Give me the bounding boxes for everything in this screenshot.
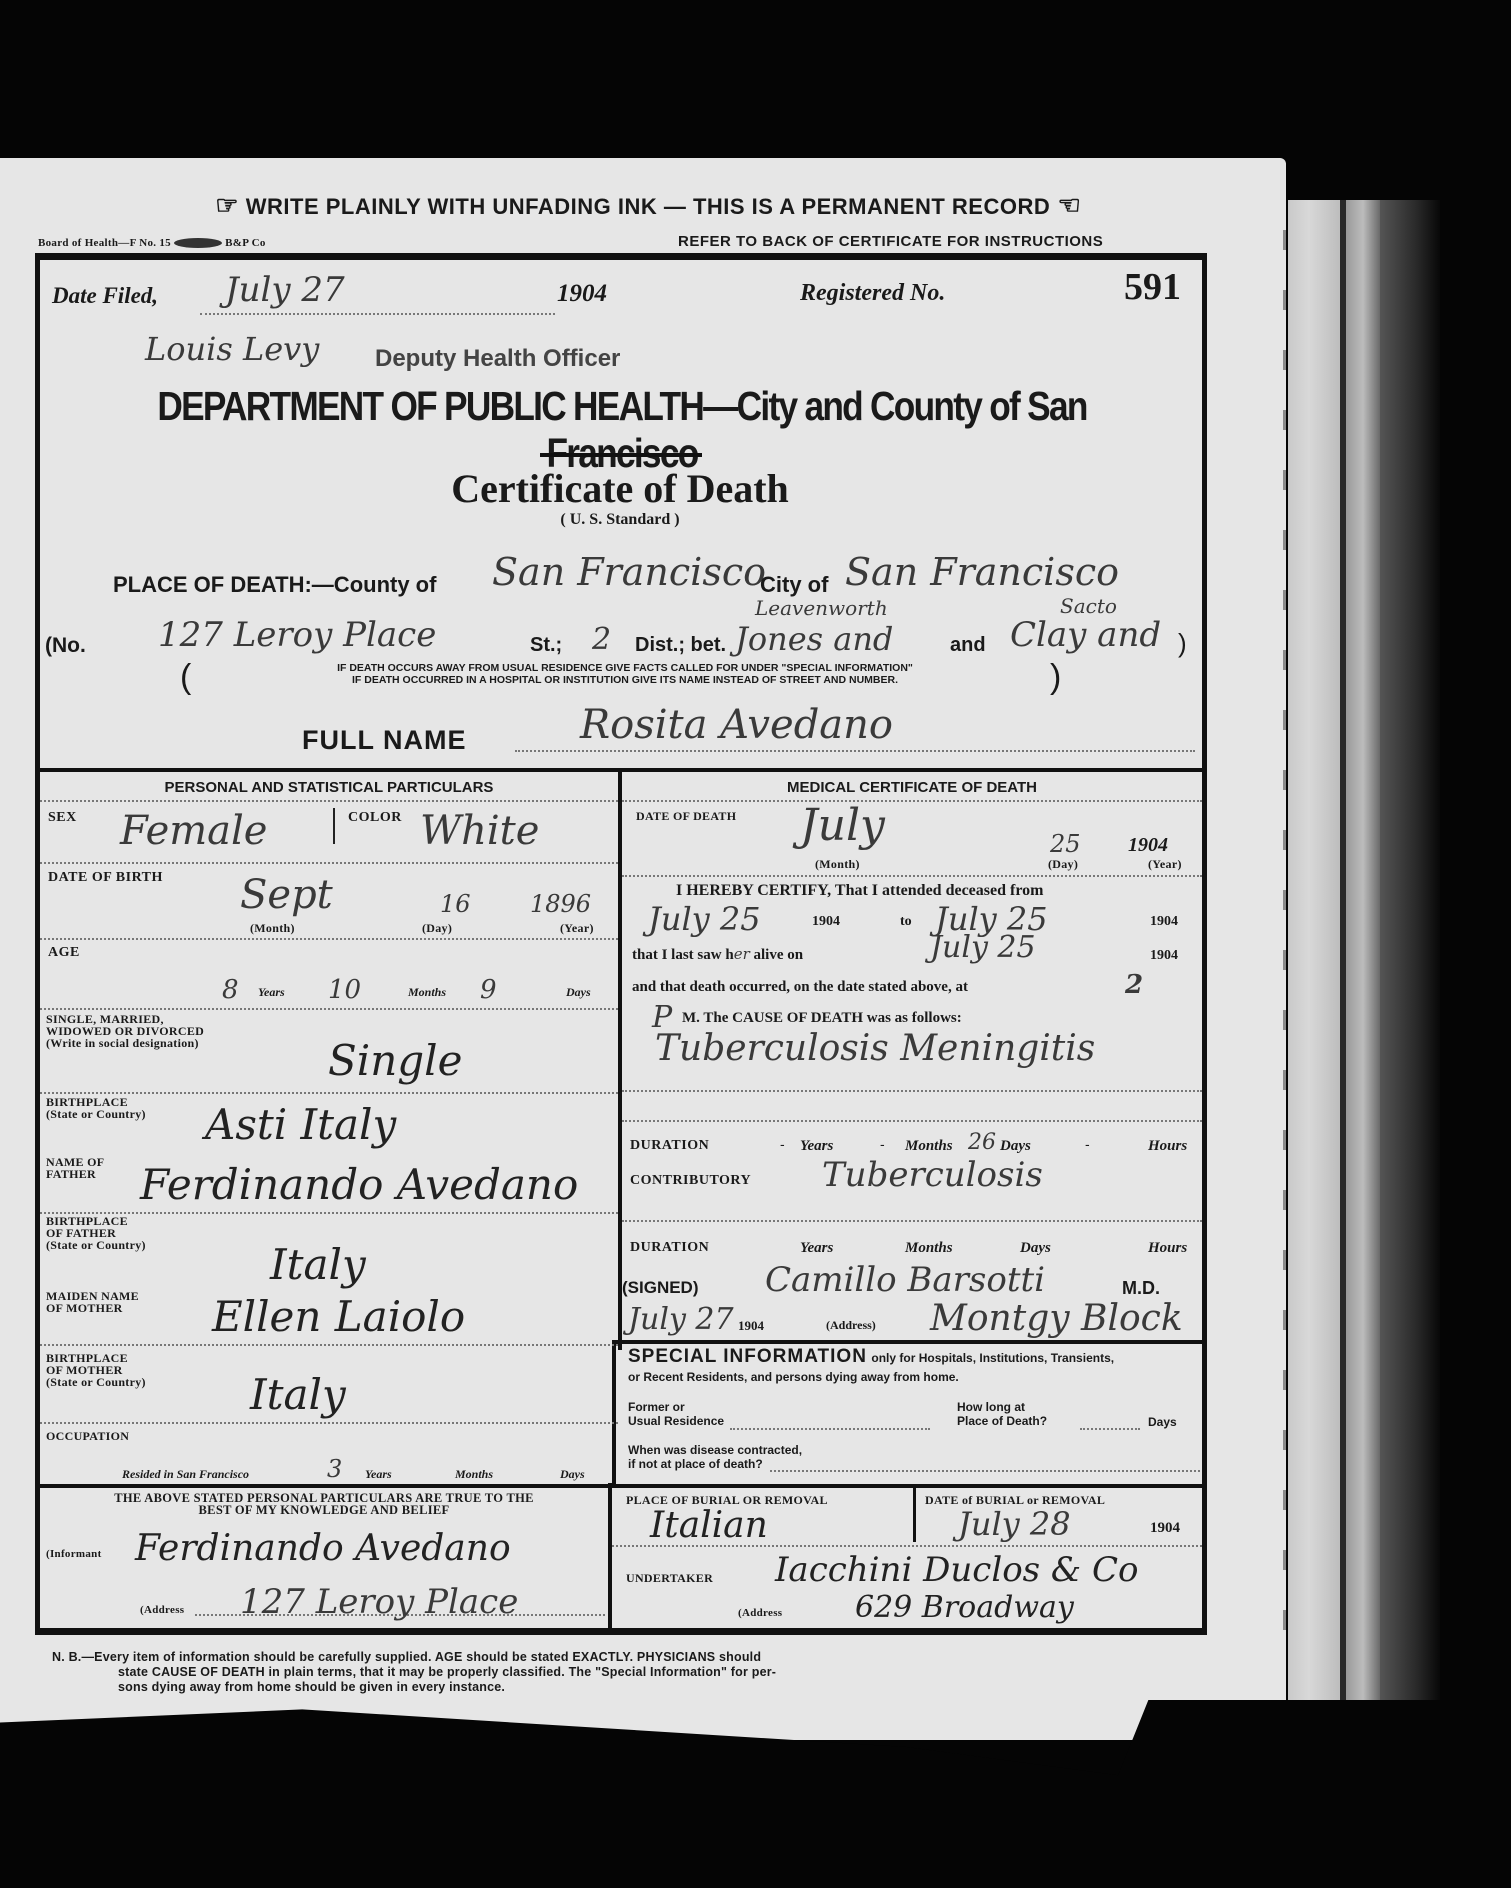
street-no-label: (No. (45, 634, 86, 658)
rule (622, 1120, 1202, 1122)
informant-address: 127 Leroy Place (240, 1582, 518, 1622)
place-note-line-2: IF DEATH OCCURRED IN A HOSPITAL OR INSTI… (200, 674, 1050, 686)
full-name-label: FULL NAME (302, 725, 467, 756)
special-heading-text: SPECIAL INFORMATION (628, 1346, 867, 1367)
cause-value: Tuberculosis Meningitis (655, 1028, 1095, 1069)
age-months: 10 (328, 975, 361, 1005)
informant-rule (40, 1484, 610, 1488)
father-birthplace-label: BIRTHPLACE OF FATHER (State or Country) (46, 1215, 146, 1251)
sex-color-divider (333, 808, 335, 844)
banner: ☞ WRITE PLAINLY WITH UNFADING INK — THIS… (118, 190, 1178, 221)
contracted-label-2: if not at place of death? (628, 1457, 802, 1471)
dod-year: 1904 (1128, 834, 1168, 857)
column-divider-upper (618, 770, 622, 1350)
last-saw-label: that I last saw her alive on (632, 945, 803, 964)
dur2-hours-caption: Hours (1148, 1240, 1187, 1257)
full-name-line (515, 750, 1195, 752)
place-of-death-label: PLACE OF DEATH:—County of (113, 572, 436, 598)
city-label: City of (760, 572, 828, 598)
age-label: AGE (48, 945, 80, 961)
contributory-value: Tuberculosis (822, 1155, 1043, 1195)
father-birthplace-value: Italy (270, 1240, 366, 1289)
cause-text: M. The CAUSE OF DEATH was as follows: (682, 1010, 962, 1027)
special-subtext-2: or Recent Residents, and persons dying a… (628, 1370, 959, 1384)
resided-years: 3 (327, 1455, 342, 1483)
father-bp-label-3: (State or Country) (46, 1239, 146, 1251)
district-value: 2 (592, 622, 611, 657)
burial-place: Italian (650, 1505, 768, 1546)
between-street-1: Jones and (735, 620, 893, 658)
signed-label: (SIGNED) (622, 1278, 699, 1298)
banner-text: WRITE PLAINLY WITH UNFADING INK — THIS I… (246, 194, 1051, 219)
rule (622, 1090, 1202, 1092)
contributory-label: CONTRIBUTORY (630, 1173, 751, 1189)
birthplace-label: BIRTHPLACE (State or Country) (46, 1096, 146, 1120)
dur2-years-caption: Years (800, 1240, 833, 1257)
book-next-page-edge (1288, 200, 1340, 1700)
registered-number: 591 (1124, 265, 1181, 309)
street-address: 127 Leroy Place (158, 615, 436, 655)
footnote-line-1: N. B.—Every item of information should b… (52, 1650, 1112, 1665)
days-label: Days (1148, 1415, 1177, 1429)
color-value: White (420, 808, 539, 854)
marital-value: Single (328, 1036, 462, 1085)
special-info-heading: SPECIAL INFORMATION only for Hospitals, … (628, 1346, 1203, 1368)
pointing-hand-icon: ☞ (215, 190, 239, 220)
informant-label: (Informant (46, 1548, 102, 1560)
age-days: 9 (480, 975, 497, 1005)
footnote-line-2: state CAUSE OF DEATH in plain terms, tha… (52, 1665, 1112, 1680)
signed-year: 1904 (738, 1318, 764, 1334)
attended-from: July 25 (648, 900, 761, 938)
informant-name: Ferdinando Avedano (135, 1528, 511, 1569)
dod-label: DATE OF DEATH (636, 810, 736, 822)
marital-label: SINGLE, MARRIED, WIDOWED OR DIVORCED (Wr… (46, 1013, 204, 1049)
year-caption: (Year) (560, 922, 594, 934)
registered-label: Registered No. (800, 280, 945, 307)
county-value: San Francisco (492, 550, 766, 594)
binding-perforation (1283, 230, 1286, 1630)
color-label: COLOR (348, 810, 402, 826)
dur2-months-caption: Months (905, 1240, 953, 1257)
rule (40, 1092, 618, 1094)
dod-day: 25 (1050, 830, 1081, 858)
dod-month-caption: (Month) (815, 858, 860, 870)
duration-label-1: DURATION (630, 1138, 709, 1154)
date-filed-value: July 27 (225, 270, 345, 310)
dur1-years-caption: Years (800, 1138, 833, 1155)
full-name-value: Rosita Avedano (580, 702, 893, 748)
dod-month: July (800, 800, 885, 851)
last-saw-year: 1904 (1150, 948, 1178, 964)
signed-date: July 27 (628, 1302, 734, 1337)
occupation-label: OCCUPATION (46, 1430, 129, 1442)
pointing-hand-icon: ☞ (1057, 190, 1081, 221)
officer-title: Deputy Health Officer (375, 345, 620, 373)
dob-year: 1896 (530, 890, 591, 918)
duration-label-2: DURATION (630, 1240, 709, 1256)
column-divider-lower (608, 1483, 612, 1633)
age-years: 8 (222, 975, 239, 1005)
age-months-caption: Months (408, 985, 446, 1000)
special-rule (612, 1340, 1204, 1344)
mother-bp-label-3: (State or Country) (46, 1376, 146, 1388)
department-title: DEPARTMENT OF PUBLIC HEALTH—City and Cou… (149, 383, 1095, 477)
printer-text: B&P Co (225, 237, 266, 249)
place-note: IF DEATH OCCURS AWAY FROM USUAL RESIDENC… (200, 662, 1050, 686)
dur1-months-caption: Months (905, 1138, 953, 1155)
former-label-1: Former or (628, 1400, 724, 1414)
contracted-field[interactable] (770, 1470, 1200, 1472)
dur1-days: 26 (968, 1130, 996, 1155)
burial-date: July 28 (958, 1505, 1071, 1543)
certify-text: I HEREBY CERTIFY, That I attended deceas… (676, 882, 1043, 900)
undertaker-address-label: (Address (738, 1607, 782, 1619)
sex-value: Female (120, 808, 267, 854)
medical-heading: MEDICAL CERTIFICATE OF DEATH (622, 779, 1202, 796)
date-filed-year: 1904 (557, 280, 607, 308)
rule (40, 1344, 618, 1346)
how-long-field[interactable] (1080, 1428, 1140, 1430)
undertaker-value: Iacchini Duclos & Co (775, 1550, 1139, 1590)
former-label-2: Usual Residence (628, 1414, 724, 1428)
burial-rule (612, 1484, 1204, 1488)
instructions-note: REFER TO BACK OF CERTIFICATE FOR INSTRUC… (678, 233, 1103, 250)
footnote: N. B.—Every item of information should b… (52, 1650, 1112, 1695)
birthplace-value: Asti Italy (205, 1100, 396, 1149)
informant-address-label: (Address (140, 1604, 184, 1616)
dob-month: Sept (240, 872, 333, 918)
rule (622, 800, 1202, 802)
physician-address-label: (Address) (826, 1318, 876, 1333)
book-page-edge (1346, 200, 1380, 1700)
month-caption: (Month) (250, 922, 295, 934)
how-long-label: How long at Place of Death? (957, 1400, 1047, 1428)
special-subtext-1: only for Hospitals, Institutions, Transi… (871, 1351, 1114, 1365)
dur1-months: - (880, 1136, 885, 1152)
title-divider (540, 453, 702, 457)
dod-day-caption: (Day) (1048, 858, 1078, 870)
day-caption: (Day) (422, 922, 452, 934)
physician-signature: Camillo Barsotti (765, 1260, 1045, 1300)
mother-name-label: MAIDEN NAME OF MOTHER (46, 1290, 139, 1314)
mother-birthplace-value: Italy (250, 1370, 346, 1419)
howlong-label-2: Place of Death? (957, 1414, 1047, 1428)
dur1-hours-caption: Hours (1148, 1138, 1187, 1155)
informant-statement: THE ABOVE STATED PERSONAL PARTICULARS AR… (44, 1492, 604, 1516)
last-saw-pronoun: er (734, 945, 750, 963)
close-brace: ) (1050, 660, 1061, 694)
certificate-title: Certificate of Death (300, 465, 940, 512)
age-years-caption: Years (258, 985, 285, 1000)
father-name-value: Ferdinando Avedano (140, 1160, 578, 1209)
resided-months-caption: Months (455, 1467, 493, 1482)
informant-statement-2: BEST OF MY KNOWLEDGE AND BELIEF (44, 1504, 604, 1516)
rule (40, 862, 618, 864)
resided-label: Resided in San Francisco (122, 1467, 249, 1482)
burial-year: 1904 (1150, 1520, 1180, 1537)
city-value: San Francisco (845, 550, 1119, 594)
former-residence-field[interactable] (730, 1428, 930, 1430)
resided-days-caption: Days (560, 1467, 585, 1482)
to-label: to (900, 914, 912, 930)
md-label: M.D. (1122, 1278, 1160, 1299)
between-street-1-top: Leavenworth (755, 596, 888, 620)
undertaker-address: 629 Broadway (855, 1590, 1074, 1625)
contracted-label: When was disease contracted, if not at p… (628, 1443, 802, 1471)
close-paren: ) (1178, 628, 1187, 659)
sex-label: SEX (48, 810, 77, 826)
dur2-days-caption: Days (1020, 1240, 1051, 1257)
dob-day: 16 (440, 890, 471, 918)
undertaker-label: UNDERTAKER (626, 1572, 713, 1584)
book-binding (1380, 200, 1440, 1700)
mother-birthplace-label: BIRTHPLACE OF MOTHER (State or Country) (46, 1352, 146, 1388)
between-street-2: Clay and (1010, 615, 1161, 655)
mother-label-2: OF MOTHER (46, 1302, 139, 1314)
st-label: St.; (530, 634, 562, 657)
rule (40, 938, 618, 940)
former-residence-label: Former or Usual Residence (628, 1400, 724, 1428)
form-code: Board of Health—F No. 15 B&P Co (38, 237, 266, 249)
rule (612, 1545, 1202, 1547)
dist-label: Dist.; bet. (635, 634, 726, 657)
howlong-label-1: How long at (957, 1400, 1047, 1414)
union-label-icon (174, 238, 222, 248)
dob-label: DATE OF BIRTH (48, 870, 163, 886)
age-days-caption: Days (566, 985, 591, 1000)
contracted-label-1: When was disease contracted, (628, 1443, 802, 1457)
dur1-hours: - (1085, 1136, 1090, 1152)
place-note-line-1: IF DEATH OCCURS AWAY FROM USUAL RESIDENC… (200, 662, 1050, 674)
death-time: 2 (1125, 970, 1143, 1000)
and-label: and (950, 634, 986, 657)
date-filed-label: Date Filed, (52, 283, 158, 309)
personal-heading: PERSONAL AND STATISTICAL PARTICULARS (40, 779, 618, 796)
marital-label-3: (Write in social designation) (46, 1037, 204, 1049)
date-filed-line (200, 313, 555, 315)
rule (622, 1220, 1202, 1222)
form-code-text: Board of Health—F No. 15 (38, 237, 171, 249)
mother-name-value: Ellen Laiolo (212, 1292, 465, 1341)
physician-address: Montgy Block (930, 1298, 1183, 1339)
father-label-2: FATHER (46, 1168, 104, 1180)
dur1-years: - (780, 1136, 785, 1152)
rule (622, 875, 1202, 877)
dur1-days-caption: Days (1000, 1138, 1031, 1155)
burial-date-divider (913, 1486, 916, 1542)
us-standard: ( U. S. Standard ) (300, 511, 940, 529)
rule (40, 1422, 618, 1424)
last-saw-date: July 25 (930, 930, 1036, 965)
rule (40, 1008, 618, 1010)
alive-on-text: alive on (754, 947, 804, 963)
father-name-label: NAME OF FATHER (46, 1156, 104, 1180)
resided-years-caption: Years (365, 1467, 392, 1482)
column-divider-middle (612, 1340, 616, 1485)
open-brace: ( (180, 660, 191, 694)
rule (40, 800, 618, 802)
footnote-line-3: sons dying away from home should be give… (52, 1680, 1112, 1695)
attended-from-year: 1904 (812, 914, 840, 930)
last-saw-text: that I last saw h (632, 947, 734, 963)
attended-to-year: 1904 (1150, 914, 1178, 930)
occurred-text: and that death occurred, on the date sta… (632, 979, 968, 996)
officer-signature: Louis Levy (145, 330, 319, 368)
birthplace-label-2: (State or Country) (46, 1108, 146, 1120)
dod-year-caption: (Year) (1148, 858, 1182, 870)
